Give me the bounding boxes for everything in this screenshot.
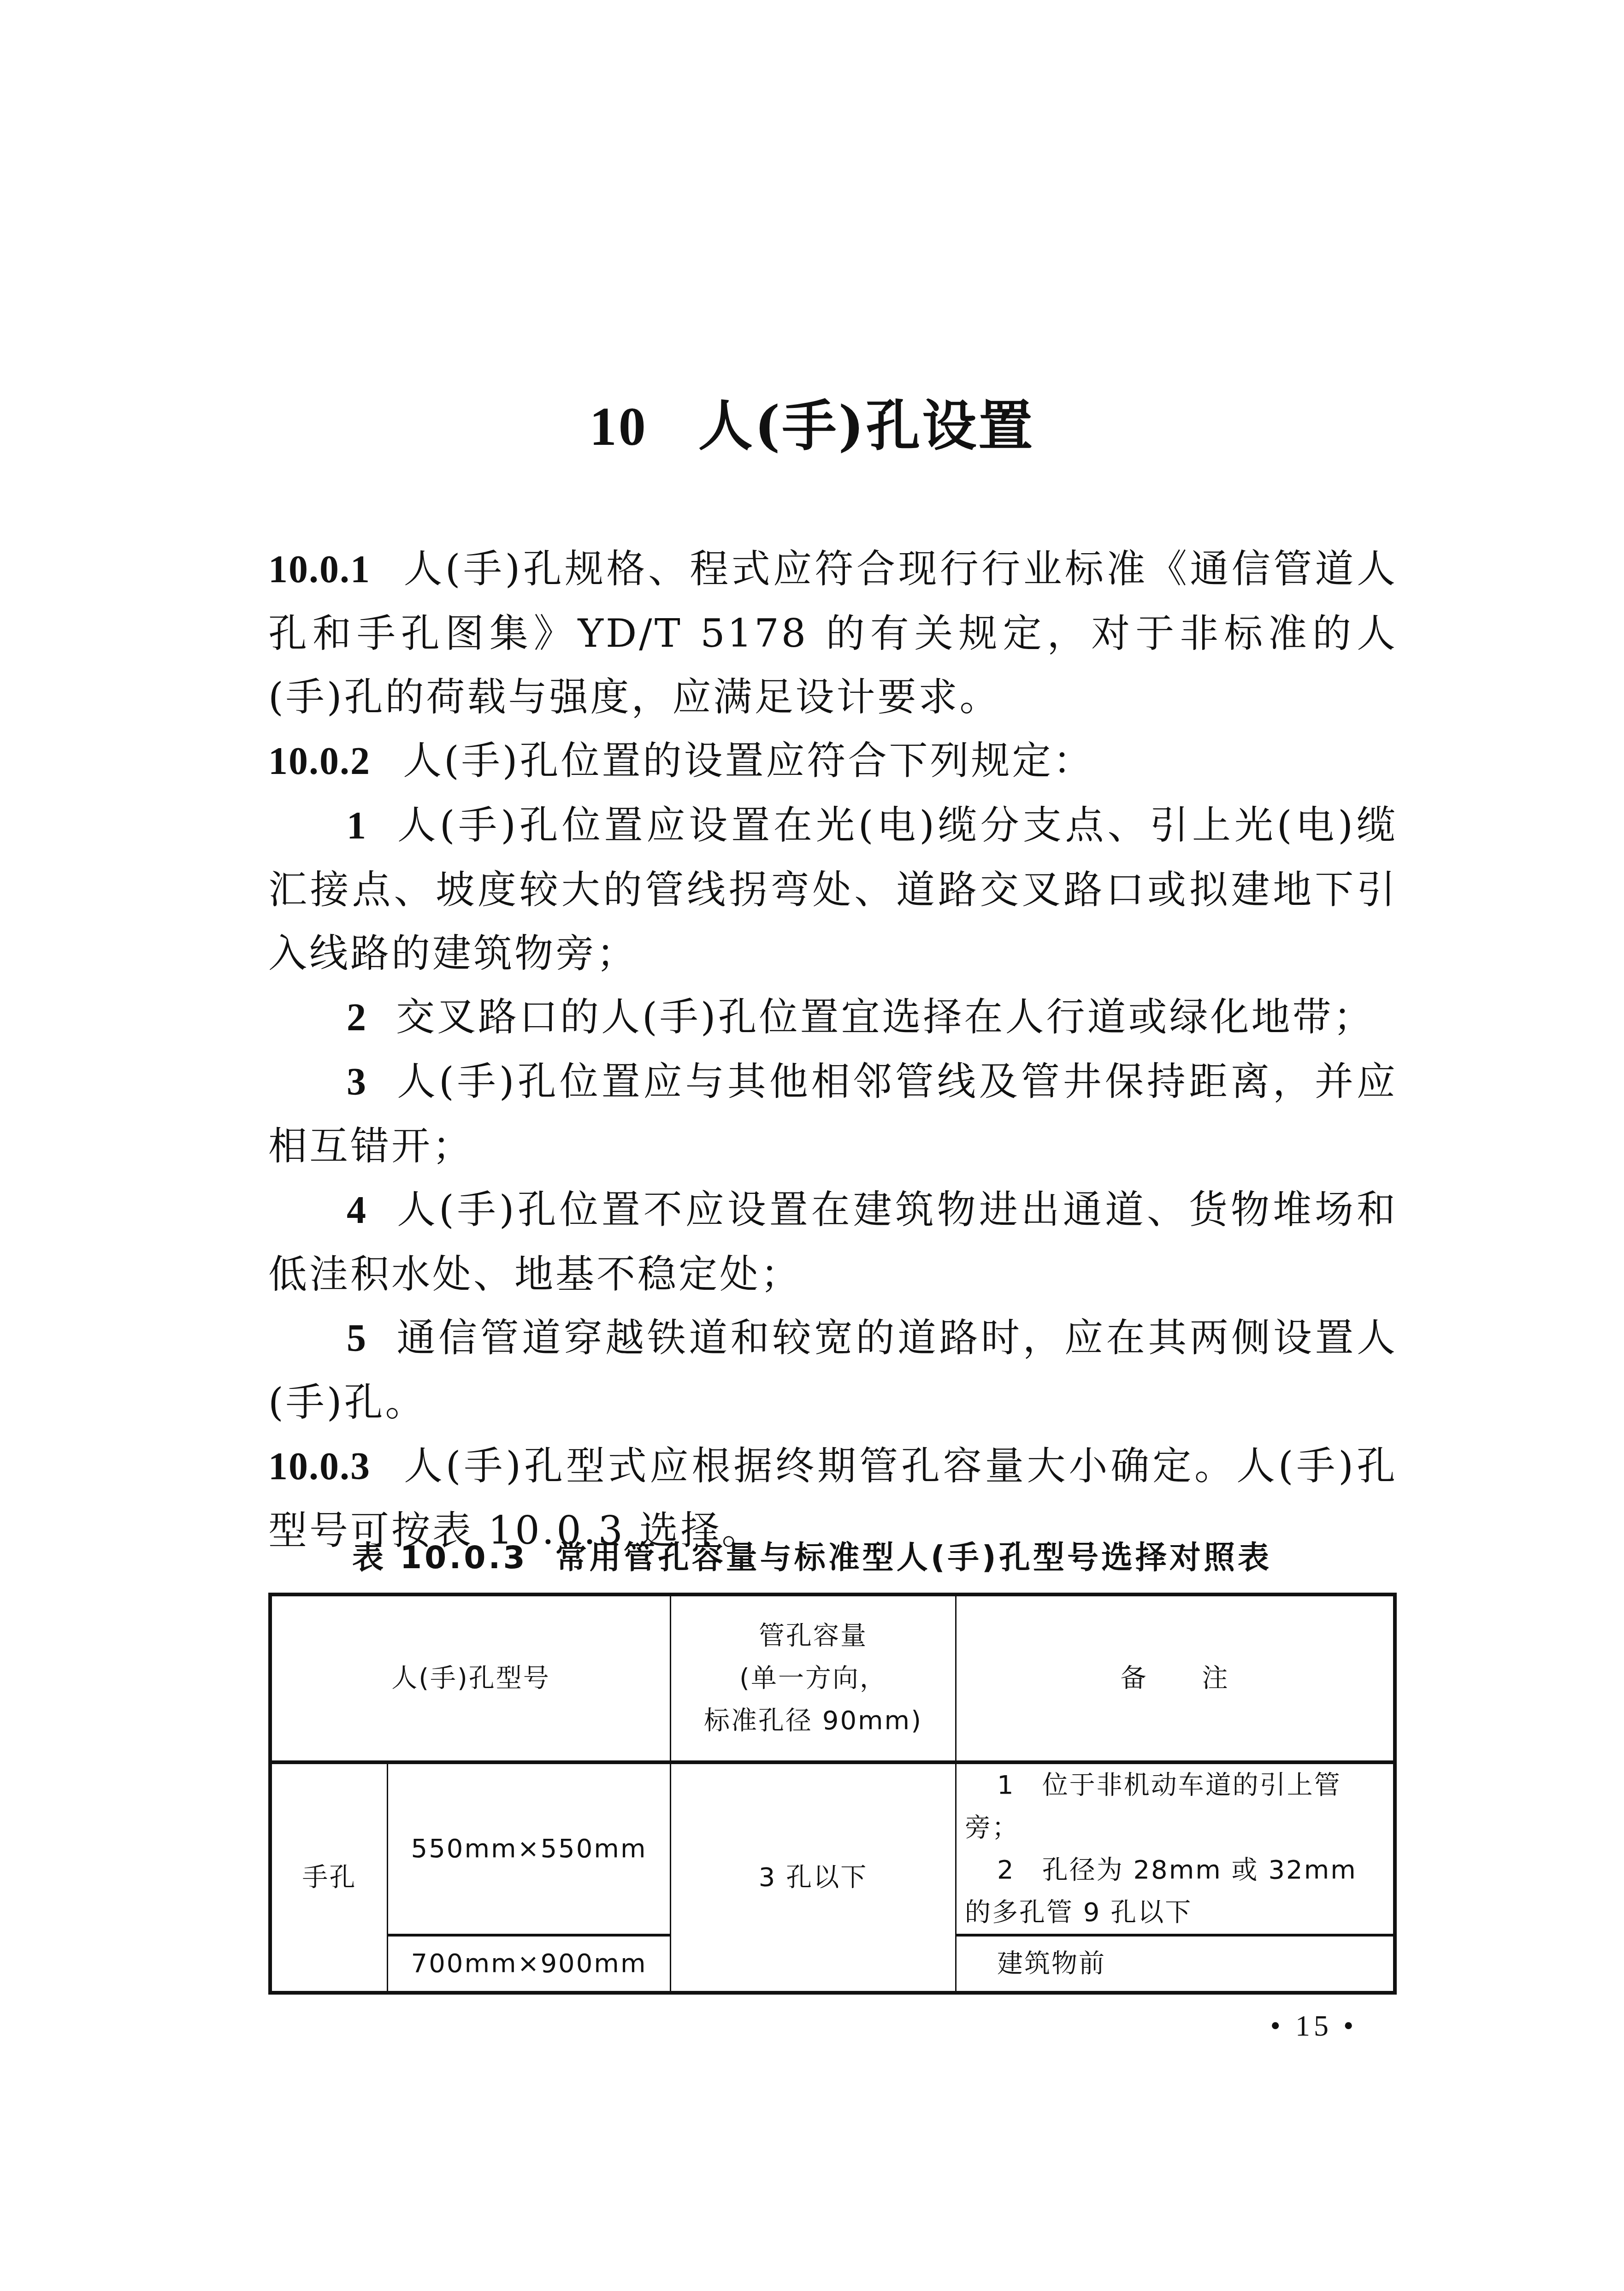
item-number: 1 [347,804,368,847]
cell-capacity: 3 孔以下 [671,1762,956,1993]
header-capacity-line1: 管孔容量 [679,1615,947,1657]
table-header-row: 人(手)孔型号 管孔容量 (单一方向， 标准孔径 90mm) 备 注 [270,1594,1395,1762]
item-number: 3 [347,1061,368,1104]
clause-text: 人(手)孔规格、程式应符合现行行业标准《通信管道人孔和手孔图集》YD/T 517… [268,546,1398,720]
cell-remarks: 1 位于非机动车道的引上管旁； 2 孔径为 28mm 或 32mm 的多孔管 9… [956,1762,1395,1935]
chapter-title: 10人(手)孔设置 [0,391,1624,461]
list-item: 4人(手)孔位置不应设置在建筑物进出通道、货物堆场和低洼积水处、地基不稳定处； [268,1178,1398,1306]
chapter-title-text: 人(手)孔设置 [698,394,1035,458]
clause-text: 人(手)孔型式应根据终期管孔容量大小确定。人(手)孔型号可按表 10.0.3 选… [268,1443,1398,1553]
body-text: 10.0.1人(手)孔规格、程式应符合现行行业标准《通信管道人孔和手孔图集》YD… [268,537,1398,1562]
remark-line: 建筑物前 [965,1943,1385,1985]
remark-line: 2 孔径为 28mm 或 32mm 的多孔管 9 孔以下 [965,1849,1385,1934]
table-title: 常用管孔容量与标准型人(手)孔型号选择对照表 [555,1540,1272,1576]
item-number: 5 [347,1317,368,1360]
clause-text: 人(手)孔位置的设置应符合下列规定： [403,738,1094,783]
clause-number: 10.0.1 [268,548,371,591]
item-text: 人(手)孔位置应与其他相邻管线及管井保持距离，并应相互错开； [268,1059,1398,1169]
list-item: 1人(手)孔位置应设置在光(电)缆分支点、引上光(电)缆汇接点、坡度较大的管线拐… [268,793,1398,985]
clause-number: 10.0.2 [268,740,371,783]
header-capacity-line3: 标准孔径 90mm) [679,1700,947,1742]
list-item: 2交叉路口的人(手)孔位置宜选择在人行道或绿化地带； [268,985,1398,1050]
clause-10-0-1: 10.0.1人(手)孔规格、程式应符合现行行业标准《通信管道人孔和手孔图集》YD… [268,537,1398,729]
cell-size: 700mm×900mm [388,1935,671,1993]
table-row: 手孔 550mm×550mm 3 孔以下 1 位于非机动车道的引上管旁； 2 孔… [270,1762,1395,1935]
cell-remarks: 建筑物前 [956,1935,1395,1993]
document-page: 10人(手)孔设置 10.0.1人(手)孔规格、程式应符合现行行业标准《通信管道… [0,0,1624,2291]
chapter-number: 10 [590,396,648,457]
clause-number: 10.0.3 [268,1445,371,1488]
clause-10-0-2: 10.0.2人(手)孔位置的设置应符合下列规定： [268,729,1398,793]
remark-line: 1 位于非机动车道的引上管旁； [965,1764,1385,1849]
header-remarks: 备 注 [956,1594,1395,1762]
item-number: 2 [347,996,368,1039]
table-caption: 表 10.0.3常用管孔容量与标准型人(手)孔型号选择对照表 [0,1537,1624,1579]
cell-size: 550mm×550mm [388,1762,671,1935]
page-number: • 15 • [1199,2005,1429,2047]
list-item: 3人(手)孔位置应与其他相邻管线及管井保持距离，并应相互错开； [268,1050,1398,1178]
header-model: 人(手)孔型号 [270,1594,671,1762]
list-item: 5通信管道穿越铁道和较宽的道路时，应在其两侧设置人(手)孔。 [268,1306,1398,1434]
item-text: 交叉路口的人(手)孔位置宜选择在人行道或绿化地带； [396,994,1375,1039]
item-text: 人(手)孔位置不应设置在建筑物进出通道、货物堆场和低洼积水处、地基不稳定处； [268,1187,1398,1297]
table-number: 表 10.0.3 [352,1540,528,1576]
item-number: 4 [347,1189,368,1232]
item-text: 人(手)孔位置应设置在光(电)缆分支点、引上光(电)缆汇接点、坡度较大的管线拐弯… [268,803,1398,976]
manhole-selection-table: 人(手)孔型号 管孔容量 (单一方向， 标准孔径 90mm) 备 注 手孔 55… [268,1593,1397,1995]
cell-category: 手孔 [270,1762,388,1993]
header-capacity: 管孔容量 (单一方向， 标准孔径 90mm) [671,1594,956,1762]
item-text: 通信管道穿越铁道和较宽的道路时，应在其两侧设置人(手)孔。 [268,1315,1398,1425]
header-capacity-line2: (单一方向， [679,1657,947,1700]
